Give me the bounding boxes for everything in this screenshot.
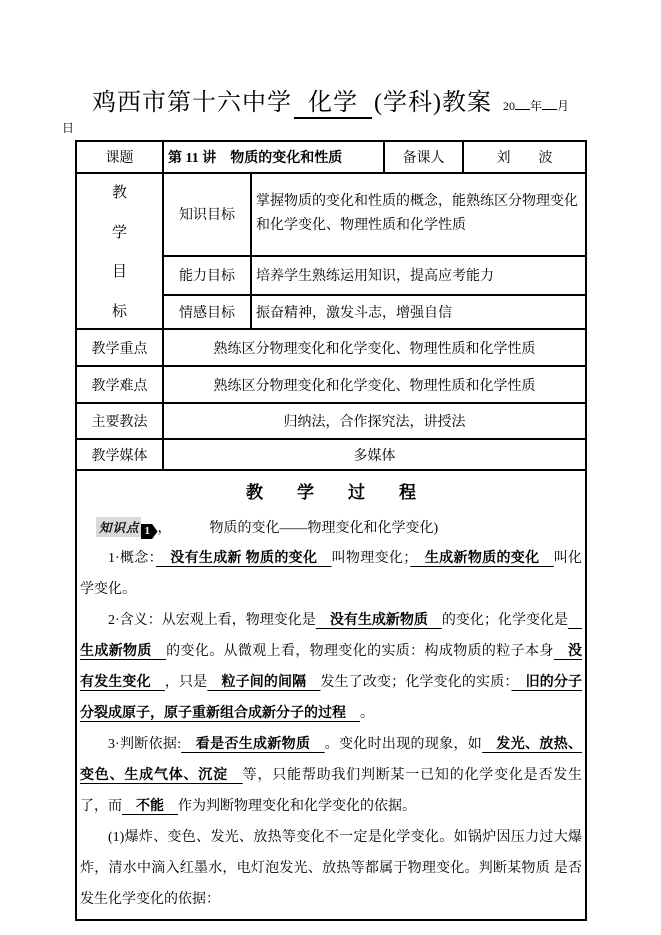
- section-title: 物质的变化——物理变化和化学变化): [210, 521, 439, 536]
- focus-label: 教学重点: [76, 329, 163, 366]
- text-segment: 的变化。从微观上看，物理变化的实质：构成物质的粒子本身: [166, 644, 554, 659]
- text-segment: 作为判断物理变化和化学变化的依据。: [178, 799, 416, 814]
- paragraph-meaning: 2·含义：从宏观上看，物理变化是 没有生成新物质 的变化；化学变化是 生成新物质…: [80, 605, 582, 729]
- month-blank: [542, 98, 557, 110]
- preparer-name: 刘 波: [463, 141, 586, 173]
- process-body: 1·概念： 没有生成新 物质的变化 叫物理变化； 生成新物质的变化 叫化学变化。…: [80, 543, 582, 915]
- text-segment: 发生了改变；化学变化的实质：: [320, 675, 511, 690]
- date-month-label: 月: [557, 99, 569, 113]
- ability-goal-label: 能力目标: [163, 256, 251, 295]
- date-day-label: 日: [62, 119, 74, 136]
- fill-in-answer: 不能: [122, 799, 178, 814]
- page-title: 鸡西市第十六中学化学(学科)教案 20年月: [0, 82, 661, 119]
- table-row: 教 学 目 标 知识目标 掌握物质的变化和性质的概念，能熟练区分物理变化和化学变…: [76, 173, 586, 256]
- process-header: 教 学 过 程: [80, 478, 582, 503]
- knowledge-point-line: 知识点1，物质的变化——物理变化和化学变化): [96, 517, 582, 539]
- method-label: 主要教法: [76, 403, 163, 439]
- badge-comma: ，: [158, 521, 172, 536]
- fill-in-answer: 看是否生成新物质: [181, 737, 324, 752]
- difficulty-content: 熟练区分物理变化和化学变化、物理性质和化学性质: [163, 366, 586, 403]
- table-row: 教学难点 熟练区分物理变化和化学变化、物理性质和化学性质: [76, 366, 586, 403]
- table-row: 课题 第 11 讲 物质的变化和性质 备课人 刘 波: [76, 141, 586, 173]
- media-label: 教学媒体: [76, 439, 163, 470]
- subject-blank: 化学: [294, 82, 372, 119]
- table-row: 主要教法 归纳法，合作探究法，讲授法: [76, 403, 586, 439]
- date-prefix: 20: [503, 99, 515, 113]
- table-row: 教 学 过 程 知识点1，物质的变化——物理变化和化学变化) 1·概念： 没有生…: [76, 470, 586, 920]
- paragraph-note1: (1)爆炸、变色、发光、放热等变化不一定是化学变化。如锅炉因压力过大爆炸，清水中…: [80, 822, 582, 915]
- fill-in-answer: 粒子间的间隔: [207, 675, 320, 690]
- date-year-label: 年: [530, 99, 542, 113]
- topic-label: 课题: [76, 141, 163, 173]
- paragraph-concept: 1·概念： 没有生成新 物质的变化 叫物理变化； 生成新物质的变化 叫化学变化。: [80, 543, 582, 605]
- text-segment: ，只是: [165, 675, 207, 690]
- knowledge-goal-label: 知识目标: [163, 173, 251, 256]
- year-blank: [515, 98, 530, 110]
- date-line: 20年月: [503, 99, 569, 113]
- method-content: 归纳法，合作探究法，讲授法: [163, 403, 586, 439]
- fill-in-answer: 没有生成新 物质的变化: [156, 551, 332, 566]
- emotion-goal-content: 振奋精神，激发斗志，增强自信: [251, 295, 586, 329]
- lesson-plan-table: 课题 第 11 讲 物质的变化和性质 备课人 刘 波 教 学 目 标 知识目标 …: [75, 140, 587, 921]
- table-row: 教学重点 熟练区分物理变化和化学变化、物理性质和化学性质: [76, 329, 586, 366]
- teaching-process-cell: 教 学 过 程 知识点1，物质的变化——物理变化和化学变化) 1·概念： 没有生…: [76, 470, 586, 920]
- text-segment: 叫物理变化；: [332, 551, 411, 566]
- knowledge-point-badge: 知识点: [96, 517, 141, 537]
- text-segment: 的变化；化学变化是: [442, 613, 568, 628]
- teaching-goal-label: 教 学 目 标: [76, 173, 163, 329]
- table-row: 教学媒体 多媒体: [76, 439, 586, 470]
- badge-number-icon: 1: [141, 524, 158, 539]
- paragraph-judgment: 3·判断依据: 看是否生成新物质 。变化时出现的现象，如 发光、放热、变色、生成…: [80, 729, 582, 822]
- title-suffix: (学科)教案: [374, 90, 492, 116]
- text-segment: 3·判断依据:: [108, 737, 181, 752]
- lesson-title: 第 11 讲 物质的变化和性质: [163, 141, 384, 173]
- fill-in-answer: 没有生成新物质: [316, 613, 442, 628]
- text-segment: 。: [360, 706, 374, 721]
- school-name: 鸡西市第十六中学: [92, 90, 292, 116]
- focus-content: 熟练区分物理变化和化学变化、物理性质和化学性质: [163, 329, 586, 366]
- ability-goal-content: 培养学生熟练运用知识，提高应考能力: [251, 256, 586, 295]
- difficulty-label: 教学难点: [76, 366, 163, 403]
- text-segment: (1)爆炸、变色、发光、放热等变化不一定是化学变化。如锅炉因压力过大爆炸，清水中…: [80, 830, 582, 907]
- preparer-label: 备课人: [384, 141, 463, 173]
- emotion-goal-label: 情感目标: [163, 295, 251, 329]
- knowledge-goal-content: 掌握物质的变化和性质的概念，能熟练区分物理变化和化学变化、物理性质和化学性质: [251, 173, 586, 256]
- fill-in-answer: 生成新物质的变化: [410, 551, 554, 566]
- fill-in-answer: 质: [137, 644, 166, 659]
- text-segment: 1·概念：: [108, 551, 156, 566]
- document-page: 鸡西市第十六中学化学(学科)教案 20年月 日 课题 第 11 讲 物质的变化和…: [0, 0, 661, 935]
- text-segment: 2·含义：从宏观上看，物理变化是: [108, 613, 316, 628]
- media-content: 多媒体: [163, 439, 586, 470]
- text-segment: 。变化时出现的现象，如: [325, 737, 482, 752]
